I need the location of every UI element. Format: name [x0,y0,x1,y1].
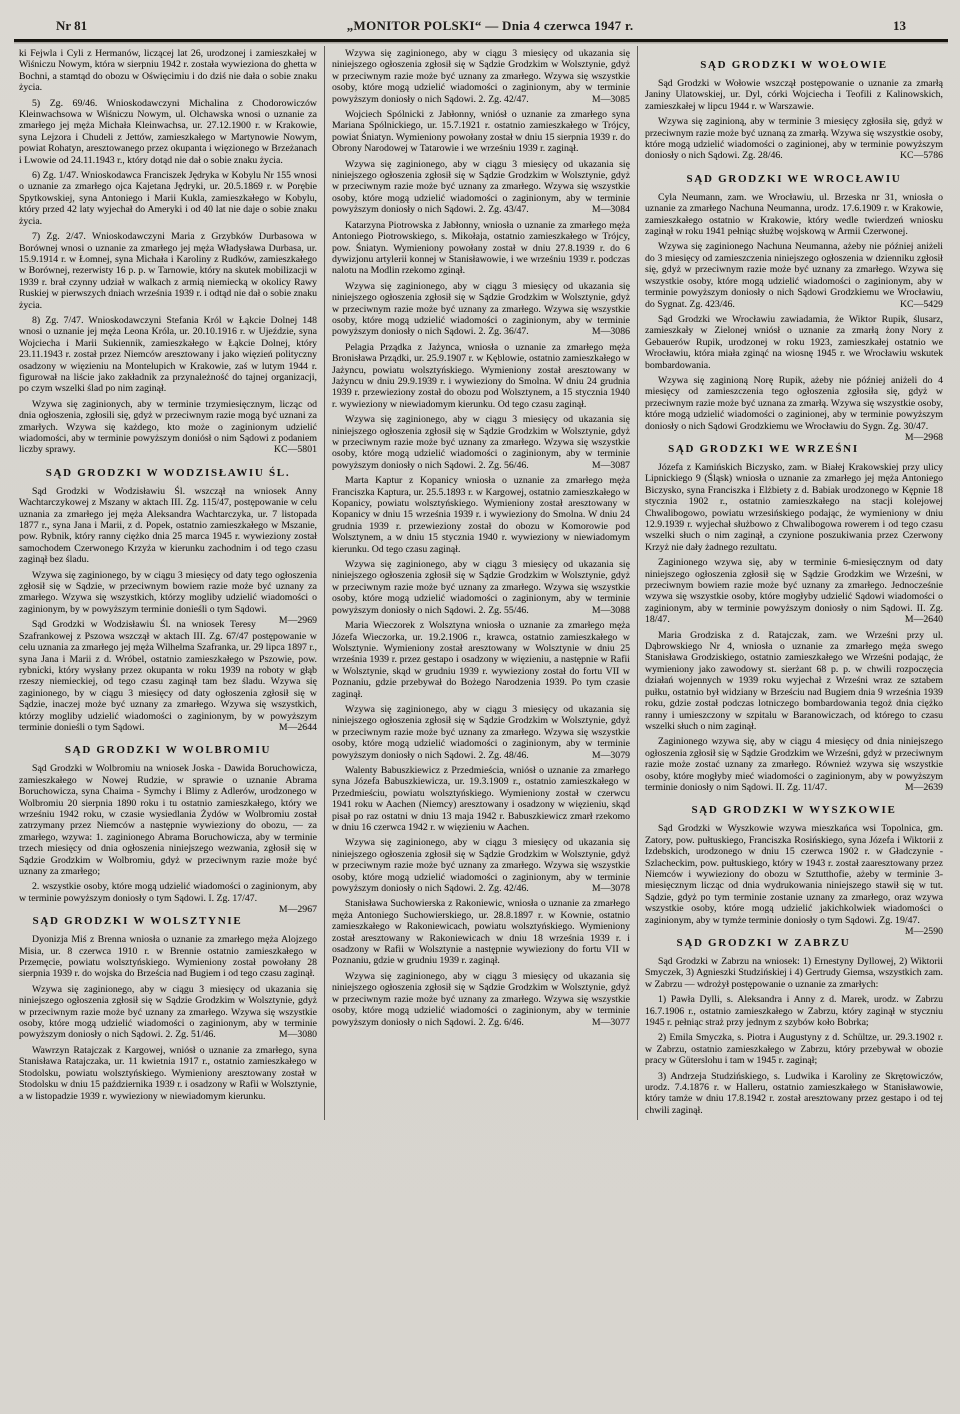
court-heading: SĄD GRODZKI W WOLBROMIU [19,744,317,756]
notice-paragraph: Cyla Neumann, zam. we Wrocławiu, ul. Brz… [645,192,943,238]
notice-ref: M—3078 [569,883,630,894]
notice-paragraph: 2. wszystkie osoby, które mogą udzielić … [19,881,317,904]
gazette-page: Nr 81 „MONITOR POLSKI“ — Dnia 4 czerwca … [0,0,960,1120]
notice-paragraph: 7) Zg. 2/47. Wnioskodawczyni Maria z Grz… [19,231,317,311]
notice-paragraph: Wzywa się zaginionego, aby w ciągu 3 mie… [332,414,630,471]
notice-paragraph: Maria Grodziska z d. Ratajczak, zam. we … [645,630,943,733]
notice-paragraph: Maria Wieczorek z Wolsztyna wniosła o uz… [332,620,630,700]
notice-paragraph: Wzywa się zaginionego, aby w ciągu 3 mie… [19,984,317,1041]
notice-paragraph: Stanisława Suchowierska z Rakoniewic, wn… [332,898,630,966]
court-heading: SĄD GRODZKI W ZABRZU [645,937,943,949]
content-columns: ki Fejwla i Cyli z Hermanów, liczącej la… [12,46,950,1120]
court-heading: SĄD GRODZKI WE WRZEŚNI [645,443,943,455]
header-rule [14,39,948,42]
notice-paragraph: Wzywa się zaginionego, aby w ciągu 3 mie… [332,704,630,761]
notice-paragraph: 5) Zg. 69/46. Wnioskodawczyni Michalina … [19,98,317,166]
notice-paragraph: Józefa z Kamińskich Biczysko, zam. w Bia… [645,462,943,553]
court-heading: SĄD GRODZKI W WYSZKOWIE [645,804,943,816]
notice-paragraph: Sąd Grodzki we Wrocławiu zawiadamia, że … [645,314,943,371]
notice-paragraph: 1) Pawła Dylli, s. Aleksandra i Anny z d… [645,994,943,1028]
notice-ref: M—2969 [256,615,317,626]
notice-ref: KC—5786 [877,150,943,161]
notice-paragraph: 3) Andrzeja Studzińskiego, s. Ludwika i … [645,1071,943,1117]
notice-paragraph: Wzywa się zaginionych, aby w terminie tr… [19,399,317,456]
notice-paragraph: 8) Zg. 7/47. Wnioskodawczyni Stefania Kr… [19,315,317,395]
notice-paragraph: Wzywa się zaginionego Nachuna Neumanna, … [645,241,943,309]
court-heading: SĄD GRODZKI WE WROCŁAWIU [645,173,943,185]
notice-paragraph: 2) Emila Smyczka, s. Piotra i Augustyny … [645,1032,943,1066]
notice-paragraph: Sąd Grodzki w Wodzisławiu Śl. wszczął na… [19,486,317,566]
notice-ref: M—2640 [882,614,943,625]
notice-ref: M—3085 [569,94,630,105]
notice-paragraph: Wzywa się zaginionego, aby w ciągu 3 mie… [332,48,630,105]
column-1: ki Fejwla i Cyli z Hermanów, liczącej la… [12,46,324,1120]
notice-paragraph: Pelagia Prządka z Jażynca, wniosła o uzn… [332,342,630,410]
notice-paragraph: Sąd Grodzki w Wodzisławiu Śl. na wniosek… [19,619,317,733]
notice-ref: M—2968 [882,432,943,443]
notice-paragraph: Wzywa się zaginionego, aby w ciągu 3 mie… [332,971,630,1028]
notice-paragraph: Wawrzyn Ratajczak z Kargowej, wniósł o u… [19,1045,317,1102]
notice-paragraph: Sąd Grodzki w Zabrzu na wniosek: 1) Erne… [645,956,943,990]
notice-paragraph: Wzywa się zaginionego, aby w ciągu 3 mie… [332,559,630,616]
notice-paragraph: Wzywa się zaginionego, aby w ciągu 3 mie… [332,159,630,216]
notice-paragraph: Wzywa się zaginionego, aby w ciągu 3 mie… [332,281,630,338]
court-heading: SĄD GRODZKI W WOLSZTYNIE [19,915,317,927]
notice-ref: M—3086 [569,326,630,337]
notice-paragraph: Wzywa się zaginioną, aby w terminie 3 mi… [645,116,943,162]
notice-paragraph: Zaginionego wzywa się, aby w terminie 6-… [645,557,943,625]
page-header: Nr 81 „MONITOR POLSKI“ — Dnia 4 czerwca … [12,10,950,39]
notice-ref: M—3077 [569,1017,630,1028]
notice-ref: M—3088 [569,605,630,616]
notice-paragraph: Sąd Grodzki w Wyszkowie wzywa mieszkańca… [645,823,943,926]
issue-number: Nr 81 [56,18,87,34]
notice-ref: M—2644 [256,722,317,733]
notice-ref: KC—5429 [877,299,943,310]
notice-paragraph: Wzywa się zaginionego, by w ciągu 3 mies… [19,570,317,616]
notice-paragraph: 6) Zg. 1/47. Wnioskodawca Franciszek Jęd… [19,170,317,227]
notice-ref: M—3087 [569,460,630,471]
notice-ref: M—2639 [882,782,943,793]
notice-paragraph: Marta Kaptur z Kopanicy wniosła o uznani… [332,475,630,555]
notice-ref: M—3084 [569,204,630,215]
notice-paragraph: Dyonizja Miś z Brenna wniosła o uznanie … [19,934,317,980]
notice-paragraph: Wzywa się zaginioną Norę Rupik, ażeby ni… [645,375,943,432]
notice-paragraph: Sąd Grodzki w Wolbromiu na wniosek Joska… [19,763,317,877]
masthead-title: „MONITOR POLSKI“ — Dnia 4 czerwca 1947 r… [87,18,893,34]
notice-ref: M—2967 [256,904,317,915]
notice-paragraph: Walenty Babuszkiewicz z Przedmieścia, wn… [332,765,630,833]
column-2: Wzywa się zaginionego, aby w ciągu 3 mie… [324,46,637,1120]
notice-paragraph: Wojciech Spólnicki z Jabłonny, wniósł o … [332,109,630,155]
page-number: 13 [893,18,906,34]
notice-paragraph: Sąd Grodzki w Wołowie wszczął postępowan… [645,78,943,112]
notice-paragraph: ki Fejwla i Cyli z Hermanów, liczącej la… [19,48,317,94]
notice-ref: M—2590 [882,926,943,937]
notice-paragraph: Katarzyna Piotrowska z Jabłonny, wniosła… [332,220,630,277]
column-3: SĄD GRODZKI W WOŁOWIESąd Grodzki w Wołow… [637,46,950,1120]
notice-paragraph: Wzywa się zaginionego, aby w ciągu 3 mie… [332,837,630,894]
court-heading: SĄD GRODZKI W WOŁOWIE [645,59,943,71]
notice-ref: M—3079 [569,750,630,761]
notice-ref: M—3080 [256,1029,317,1040]
notice-ref: KC—5801 [251,444,317,455]
court-heading: SĄD GRODZKI W WODZISŁAWIU ŚL. [19,467,317,479]
notice-paragraph: Zaginionego wzywa się, aby w ciągu 4 mie… [645,736,943,793]
